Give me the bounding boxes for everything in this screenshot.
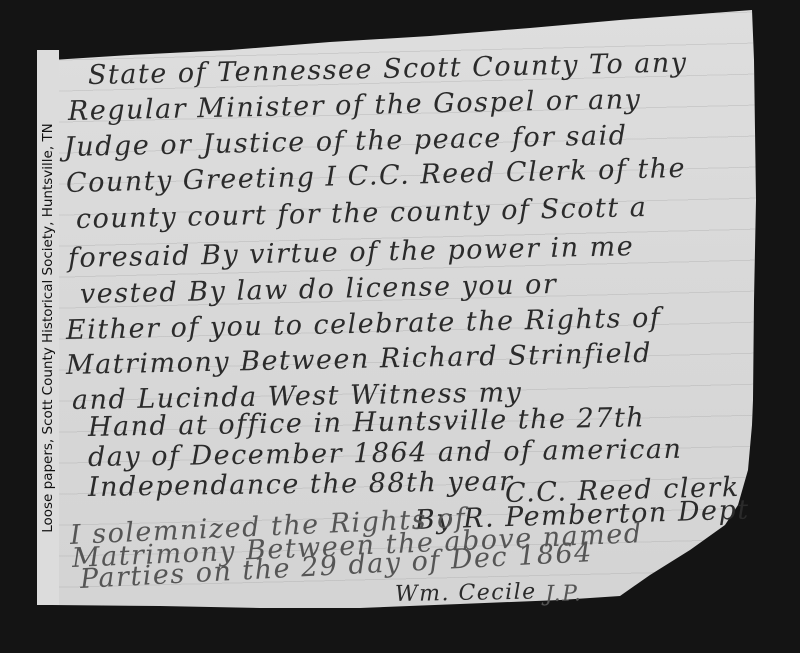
archive-caption: Loose papers, Scott County Historical So…	[40, 123, 56, 533]
justice-title: J.P.	[545, 581, 583, 607]
license-line-13: Independance the 88th year	[88, 466, 514, 503]
justice-signature: Wm. Cecile	[395, 580, 537, 607]
